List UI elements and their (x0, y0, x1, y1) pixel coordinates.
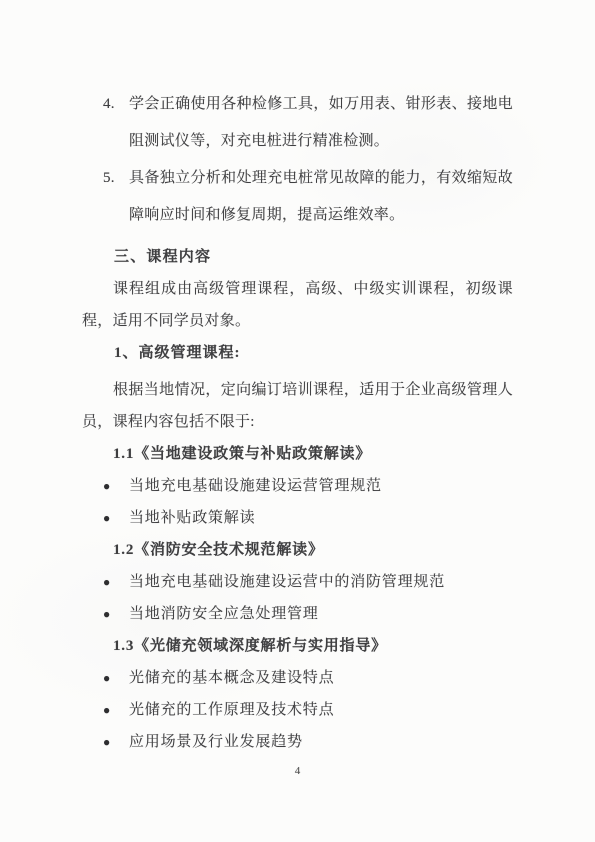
bullet-text: 当地消防安全应急处理管理 (129, 598, 513, 630)
bullet-text: 光储充的基本概念及建设特点 (129, 662, 513, 694)
bullet-icon: ● (103, 470, 129, 502)
bullet-text: 当地充电基础设施建设运营中的消防管理规范 (129, 566, 513, 598)
section-heading: 三、课程内容 (114, 241, 513, 273)
bullet-item: ● 光储充的工作原理及技术特点 (82, 694, 513, 726)
section-intro: 课程组成由高级管理课程，高级、中级实训课程，初级课程，适用不同学员对象。 (82, 273, 513, 337)
numbered-item: 5. 具备独立分析和处理充电桩常见故障的能力，有效缩短故障响应时间和修复周期，提… (82, 160, 513, 234)
page-number: 4 (0, 765, 595, 777)
bullet-icon: ● (103, 726, 129, 758)
page-content: 4. 学会正确使用各种检修工具，如万用表、钳形表、接地电阻测试仪等，对充电桩进行… (82, 86, 513, 758)
bullet-item: ● 当地充电基础设施建设运营中的消防管理规范 (82, 566, 513, 598)
bullet-item: ● 当地补贴政策解读 (82, 502, 513, 534)
bullet-item: ● 光储充的基本概念及建设特点 (82, 662, 513, 694)
document-page: 4. 学会正确使用各种检修工具，如万用表、钳形表、接地电阻测试仪等，对充电桩进行… (0, 0, 595, 842)
course-title: 1.3《光储充领域深度解析与实用指导》 (113, 630, 513, 662)
bullet-text: 当地补贴政策解读 (129, 502, 513, 534)
item-number: 5. (103, 160, 129, 197)
numbered-item: 4. 学会正确使用各种检修工具，如万用表、钳形表、接地电阻测试仪等，对充电桩进行… (82, 86, 513, 160)
bullet-icon: ● (103, 662, 129, 694)
bullet-icon: ● (103, 694, 129, 726)
subsection-intro: 根据当地情况，定向编订培训课程，适用于企业高级管理人员，课程内容包括不限于: (82, 374, 513, 438)
bullet-icon: ● (103, 598, 129, 630)
subsection-heading: 1、高级管理课程: (114, 337, 513, 369)
item-text: 学会正确使用各种检修工具，如万用表、钳形表、接地电阻测试仪等，对充电桩进行精准检… (129, 86, 513, 160)
item-text: 具备独立分析和处理充电桩常见故障的能力，有效缩短故障响应时间和修复周期，提高运维… (129, 160, 513, 234)
course-title: 1.1《当地建设政策与补贴政策解读》 (113, 438, 513, 470)
item-number: 4. (103, 86, 129, 123)
bullet-icon: ● (103, 502, 129, 534)
bullet-text: 应用场景及行业发展趋势 (129, 726, 513, 758)
bullet-item: ● 当地消防安全应急处理管理 (82, 598, 513, 630)
bullet-text: 当地充电基础设施建设运营管理规范 (129, 470, 513, 502)
course-title: 1.2《消防安全技术规范解读》 (113, 534, 513, 566)
bullet-icon: ● (103, 566, 129, 598)
bullet-text: 光储充的工作原理及技术特点 (129, 694, 513, 726)
bullet-item: ● 应用场景及行业发展趋势 (82, 726, 513, 758)
bullet-item: ● 当地充电基础设施建设运营管理规范 (82, 470, 513, 502)
